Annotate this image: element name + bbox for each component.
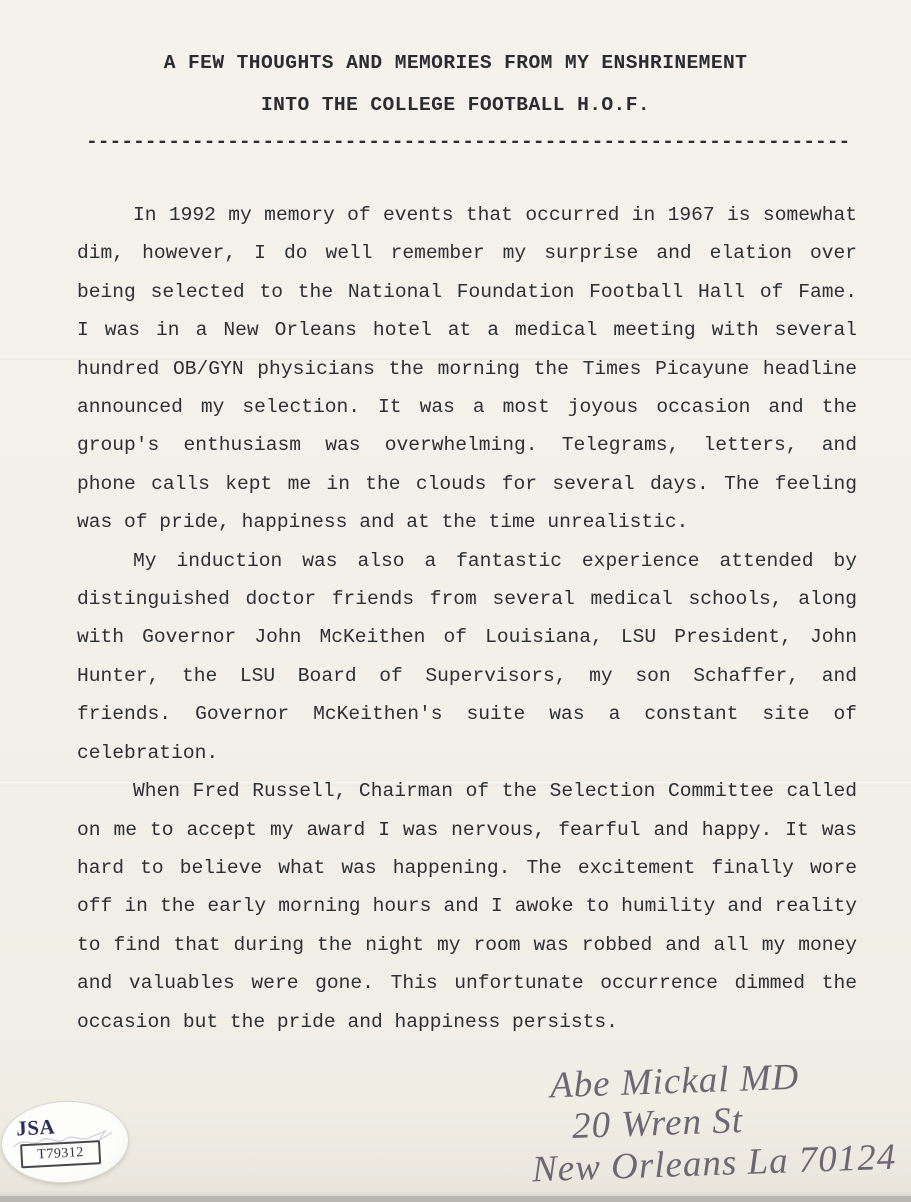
typed-dashed-divider: ----------------------------------------… <box>86 131 866 153</box>
letter-text-line: off in the early morning hours and I awo… <box>77 887 857 925</box>
letter-text-line: In 1992 my memory of events that occurre… <box>77 196 857 234</box>
letter-text-line: group's enthusiasm was overwhelming. Tel… <box>77 426 857 464</box>
letter-text-line: distinguished doctor friends from severa… <box>77 580 857 618</box>
letter-text-line: hard to believe what was happening. The … <box>77 849 857 887</box>
handwritten-signature-name: Abe Mickal MD <box>549 1056 800 1108</box>
letter-text-line: announced my selection. It was a most jo… <box>77 388 857 426</box>
scan-bottom-edge <box>0 1196 911 1202</box>
letter-text-line: was of pride, happiness and at the time … <box>77 503 857 541</box>
letter-text-line: dim, however, I do well remember my surp… <box>77 234 857 272</box>
letter-text-line: celebration. <box>77 734 857 772</box>
letter-text-line: and valuables were gone. This unfortunat… <box>77 964 857 1002</box>
letter-text-line: phone calls kept me in the clouds for se… <box>77 465 857 503</box>
letter-body: In 1992 my memory of events that occurre… <box>77 196 857 1041</box>
jsa-authentication-sticker: JSA T79312 <box>0 1099 130 1185</box>
paragraph: In 1992 my memory of events that occurre… <box>77 196 857 542</box>
letter-title-line-1: A FEW THOUGHTS AND MEMORIES FROM MY ENSH… <box>0 53 911 73</box>
letter-text-line: to find that during the night my room wa… <box>77 926 857 964</box>
paragraph: When Fred Russell, Chairman of the Selec… <box>77 772 857 1041</box>
paragraph: My induction was also a fantastic experi… <box>77 542 857 772</box>
scanned-letter-page: A FEW THOUGHTS AND MEMORIES FROM MY ENSH… <box>0 0 911 1202</box>
letter-text-line: occasion but the pride and happiness per… <box>77 1003 857 1041</box>
letter-title-line-2: INTO THE COLLEGE FOOTBALL H.O.F. <box>0 95 911 115</box>
letter-text-line: friends. Governor McKeithen's suite was … <box>77 695 857 733</box>
letter-text-line: My induction was also a fantastic experi… <box>77 542 857 580</box>
jsa-serial-number: T79312 <box>37 1145 84 1163</box>
letter-text-line: with Governor John McKeithen of Louisian… <box>77 618 857 656</box>
letter-text-line: I was in a New Orleans hotel at a medica… <box>77 311 857 349</box>
letter-text-line: being selected to the National Foundatio… <box>77 273 857 311</box>
handwritten-address-line-1: 20 Wren St <box>571 1099 743 1148</box>
letter-text-line: hundred OB/GYN physicians the morning th… <box>77 350 857 388</box>
letter-text-line: Hunter, the LSU Board of Supervisors, my… <box>77 657 857 695</box>
jsa-serial-box: T79312 <box>20 1140 101 1168</box>
letter-text-line: on me to accept my award I was nervous, … <box>77 811 857 849</box>
letter-text-line: When Fred Russell, Chairman of the Selec… <box>77 772 857 810</box>
